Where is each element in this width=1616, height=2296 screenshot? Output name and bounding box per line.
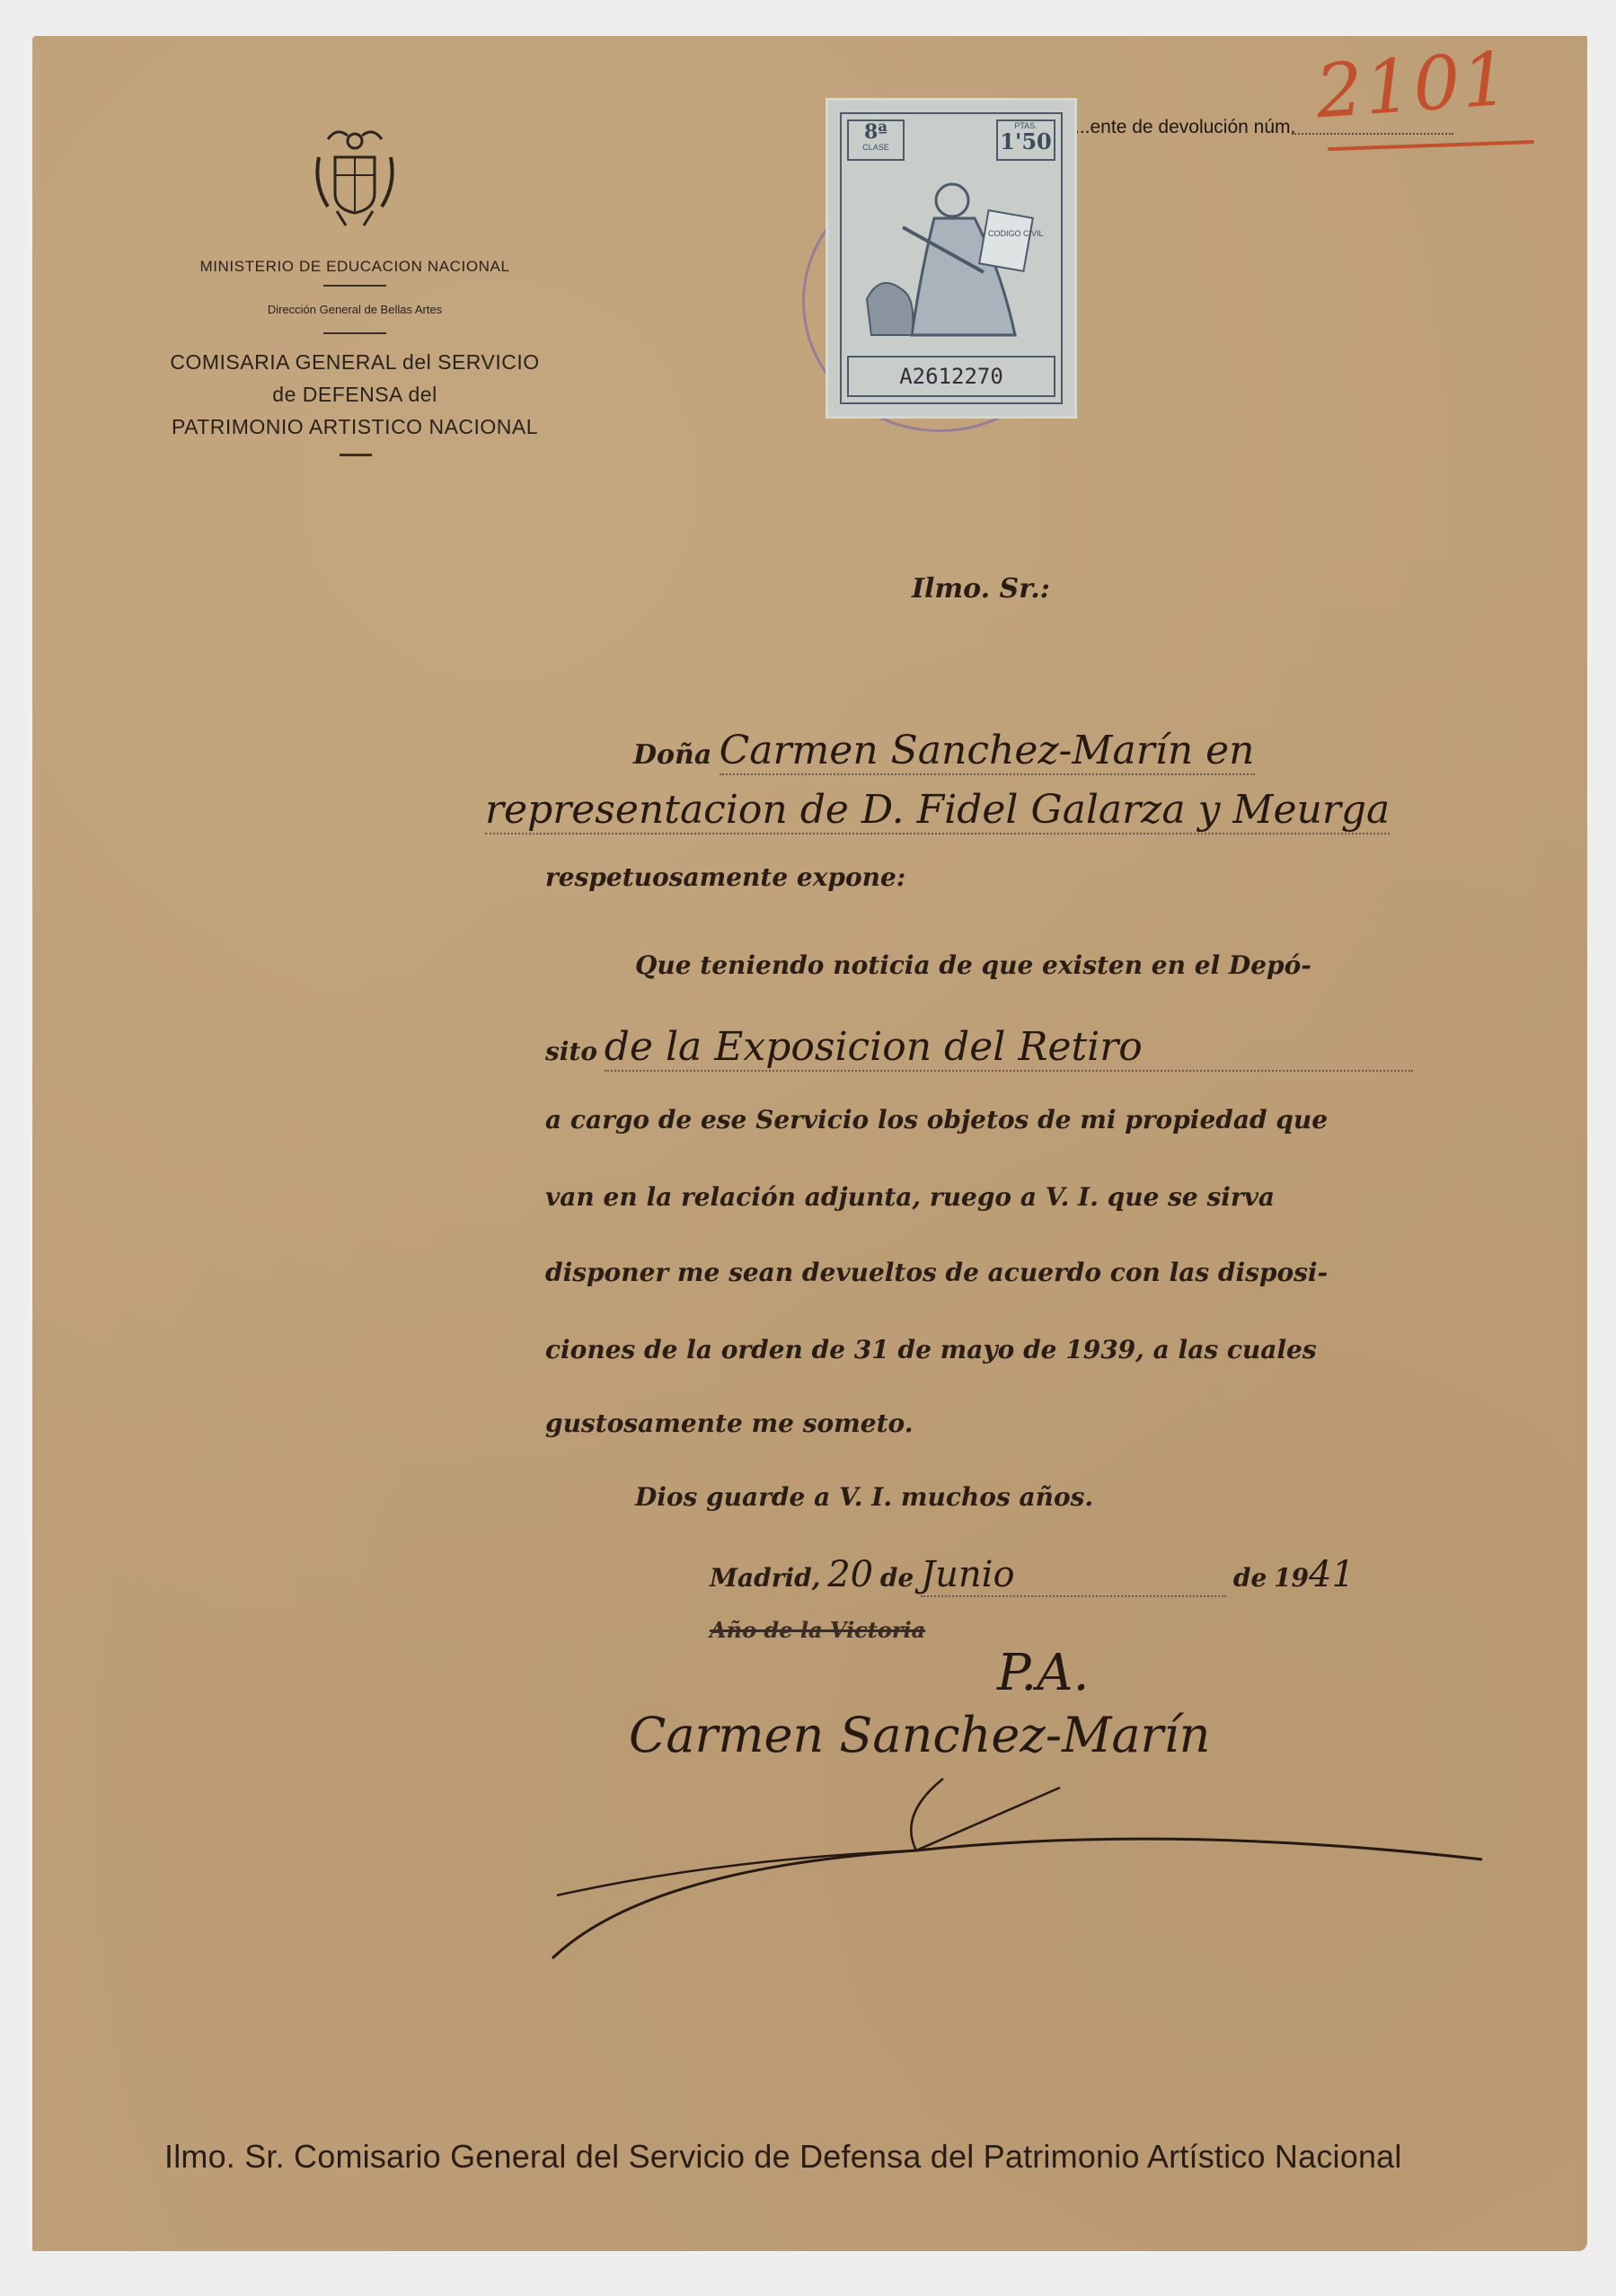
paragraph-line: a cargo de ese Servicio los objetos de m… — [545, 1105, 1453, 1135]
reference-dotted-line — [1292, 133, 1453, 135]
justice-figure-icon: CODIGO CIVIL — [849, 164, 1055, 344]
stamp-class-box: 8ª CLASE — [847, 119, 905, 161]
closing-line: Dios guarde a V. I. muchos años. — [545, 1482, 1542, 1512]
stamp-serial: A2612270 — [847, 356, 1055, 397]
signature-flourish — [539, 1761, 1491, 1967]
footer-addressee: Ilmo. Sr. Comisario General del Servicio… — [164, 2138, 1402, 2176]
paragraph-line: sito de la Exposicion del Retiro — [545, 1024, 1453, 1072]
paragraph-line: disponer me sean devueltos de acuerdo co… — [545, 1258, 1453, 1287]
stamp-value-box: PTAS. 1'50 — [996, 119, 1055, 161]
header-divider — [340, 454, 372, 456]
paragraph-line: ciones de la orden de 31 de mayo de 1939… — [545, 1335, 1453, 1364]
coat-of-arms-icon — [310, 121, 400, 231]
salutation: Ilmo. Sr.: — [912, 573, 1050, 605]
handwritten-location: de la Exposicion del Retiro — [605, 1024, 1413, 1072]
commission-heading: COMISARIA GENERAL del SERVICIO de DEFENS… — [144, 346, 566, 443]
signature-pa: P.A. — [997, 1644, 1089, 1702]
paragraph-line: gustosamente me someto. — [545, 1409, 1453, 1438]
ministry-heading: MINISTERIO DE EDUCACION NACIONAL — [144, 258, 566, 276]
date-line: Madrid, 20 de Junio de 1941 — [710, 1554, 1355, 1597]
fiscal-stamp: 8ª CLASE PTAS. 1'50 CODIGO CIVIL A261227… — [828, 101, 1074, 416]
header-divider — [323, 285, 386, 287]
header-divider — [323, 332, 386, 334]
struck-out-text: Año de la Victoria — [710, 1617, 925, 1643]
handwritten-representation: representacion de D. Fidel Galarza y Meu… — [485, 787, 1390, 835]
intro-line: Doña Carmen Sanchez-Marín en — [633, 728, 1255, 775]
signature-name: Carmen Sanchez-Marín — [629, 1707, 1210, 1763]
handwritten-name: Carmen Sanchez-Marín en — [720, 728, 1255, 775]
paragraph-line: Que teniendo noticia de que existen en e… — [545, 950, 1453, 980]
svg-text:CODIGO CIVIL: CODIGO CIVIL — [988, 229, 1044, 238]
paragraph-line: van en la relación adjunta, ruego a V. I… — [545, 1182, 1453, 1212]
directorate-heading: Dirección General de Bellas Artes — [144, 303, 566, 316]
reference-number: 2101 — [1313, 37, 1514, 136]
reference-label: ...ente de devolución núm. — [1074, 117, 1295, 138]
expone-line: respetuosamente expone: — [545, 862, 1453, 892]
